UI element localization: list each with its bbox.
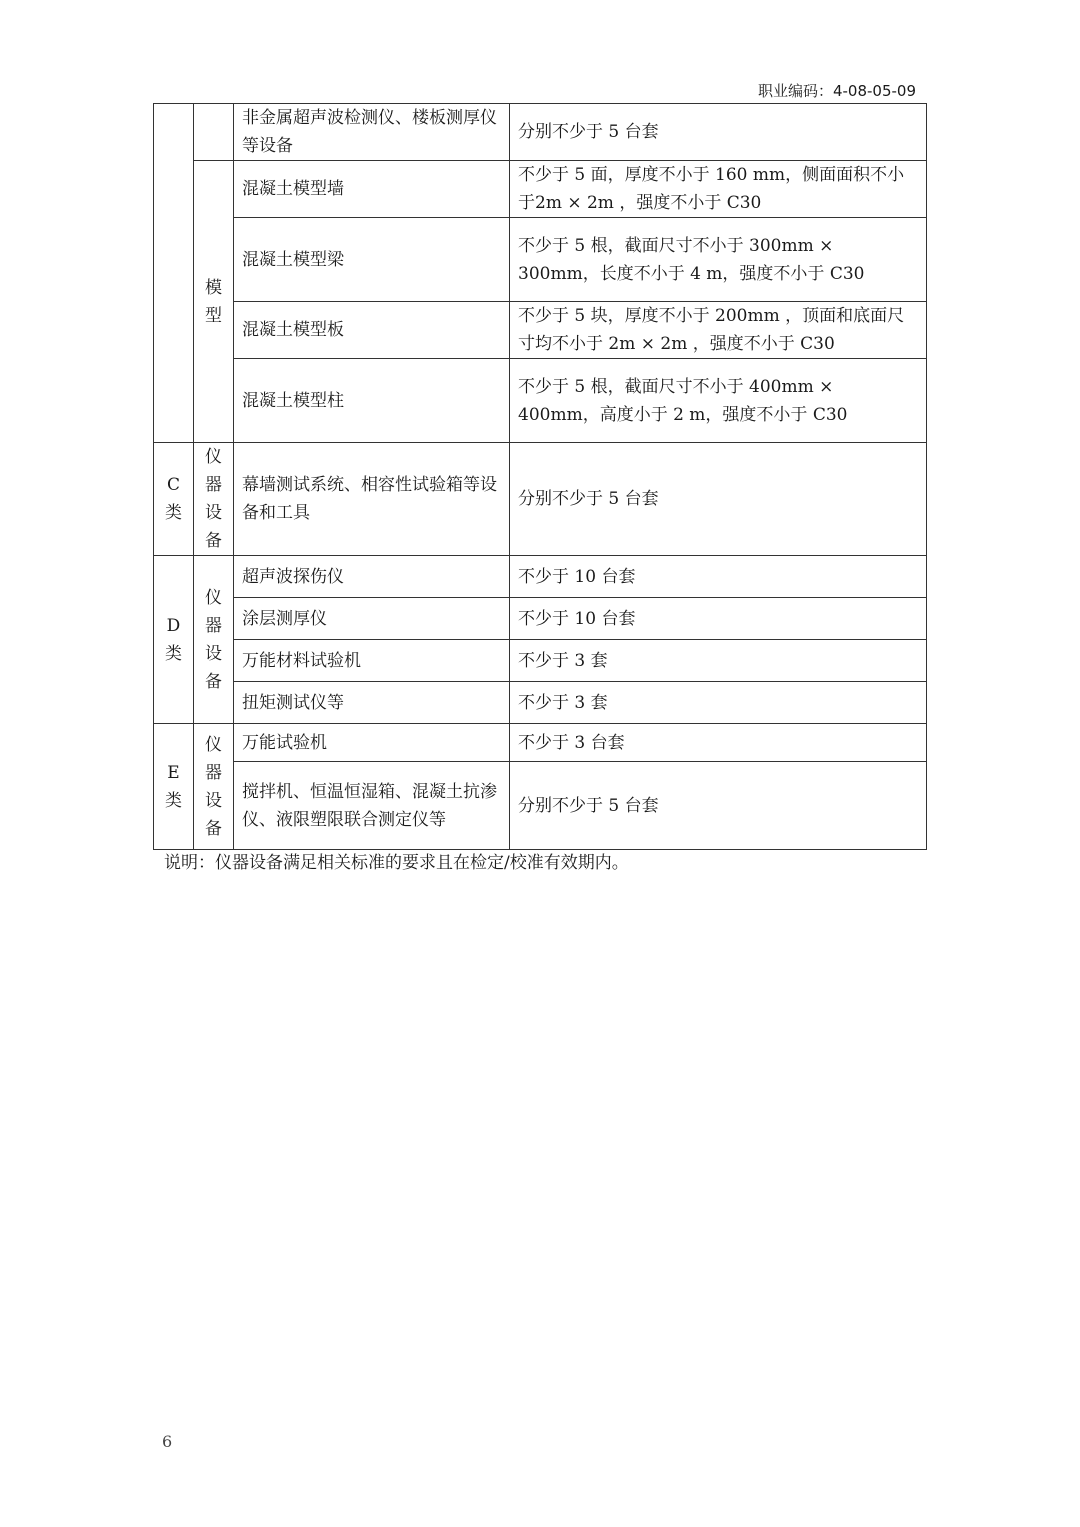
- table-note: 说明：仪器设备满足相关标准的要求且在检定/校准有效期内。: [164, 848, 629, 873]
- table-row: 扭矩测试仪等 不少于 3 套: [154, 682, 927, 724]
- table-row: C类 仪器设备 幕墙测试系统、相容性试验箱等设备和工具 分别不少于 5 台套: [154, 443, 927, 556]
- item-cell: 混凝土模型墙: [234, 161, 510, 218]
- requirement-cell: 分别不少于 5 台套: [510, 762, 927, 850]
- requirement-cell: 不少于 5 块，厚度不小于 200mm ，顶面和底面尺寸均不小于 2m × 2m…: [510, 302, 927, 359]
- subcategory-label: 仪器设备: [205, 584, 222, 696]
- item-cell: 搅拌机、恒温恒湿箱、混凝土抗渗仪、液限塑限联合测定仪等: [234, 762, 510, 850]
- subcategory-cell: [194, 104, 234, 161]
- subcategory-cell: 仪器设备: [194, 556, 234, 724]
- requirement-cell: 分别不少于 5 台套: [510, 104, 927, 161]
- item-cell: 混凝土模型板: [234, 302, 510, 359]
- subcategory-cell: 仪器设备: [194, 443, 234, 556]
- requirement-cell: 分别不少于 5 台套: [510, 443, 927, 556]
- requirement-cell: 不少于 10 台套: [510, 556, 927, 598]
- table-row: 涂层测厚仪 不少于 10 台套: [154, 598, 927, 640]
- table-row: 模型 混凝土模型墙 不少于 5 面，厚度不小于 160 mm，侧面面积不小于2m…: [154, 161, 927, 218]
- table-row: 混凝土模型梁 不少于 5 根，截面尺寸不小于 300mm × 300mm，长度不…: [154, 218, 927, 302]
- requirement-cell: 不少于 3 套: [510, 682, 927, 724]
- category-cell: C类: [154, 443, 194, 556]
- item-cell: 超声波探伤仪: [234, 556, 510, 598]
- table-row: 混凝土模型柱 不少于 5 根，截面尺寸不小于 400mm × 400mm，高度小…: [154, 359, 927, 443]
- category-cell: D类: [154, 556, 194, 724]
- item-cell: 涂层测厚仪: [234, 598, 510, 640]
- subcategory-label: 仪器设备: [205, 731, 222, 843]
- table-row: 混凝土模型板 不少于 5 块，厚度不小于 200mm ，顶面和底面尺寸均不小于 …: [154, 302, 927, 359]
- table-row: E类 仪器设备 万能试验机 不少于 3 台套: [154, 724, 927, 762]
- requirement-cell: 不少于 5 根，截面尺寸不小于 300mm × 300mm，长度不小于 4 m，…: [510, 218, 927, 302]
- subcategory-cell: 模型: [194, 161, 234, 443]
- equipment-requirements-table: 非金属超声波检测仪、楼板测厚仪等设备 分别不少于 5 台套 模型 混凝土模型墙 …: [153, 103, 927, 850]
- page-number: 6: [162, 1432, 172, 1451]
- requirement-cell: 不少于 3 套: [510, 640, 927, 682]
- subcategory-cell: 仪器设备: [194, 724, 234, 850]
- item-cell: 混凝土模型柱: [234, 359, 510, 443]
- category-label: E类: [165, 759, 182, 815]
- occupation-code: 职业编码：4-08-05-09: [758, 80, 916, 101]
- item-cell: 幕墙测试系统、相容性试验箱等设备和工具: [234, 443, 510, 556]
- table-row: 非金属超声波检测仪、楼板测厚仪等设备 分别不少于 5 台套: [154, 104, 927, 161]
- subcategory-label: 仪器设备: [205, 443, 222, 555]
- table-row: D类 仪器设备 超声波探伤仪 不少于 10 台套: [154, 556, 927, 598]
- item-cell: 万能试验机: [234, 724, 510, 762]
- category-cell: E类: [154, 724, 194, 850]
- item-cell: 混凝土模型梁: [234, 218, 510, 302]
- table-row: 搅拌机、恒温恒湿箱、混凝土抗渗仪、液限塑限联合测定仪等 分别不少于 5 台套: [154, 762, 927, 850]
- requirement-cell: 不少于 10 台套: [510, 598, 927, 640]
- requirement-cell: 不少于 5 面，厚度不小于 160 mm，侧面面积不小于2m × 2m ，强度不…: [510, 161, 927, 218]
- item-cell: 扭矩测试仪等: [234, 682, 510, 724]
- requirement-cell: 不少于 5 根，截面尺寸不小于 400mm × 400mm，高度小于 2 m，强…: [510, 359, 927, 443]
- table-row: 万能材料试验机 不少于 3 套: [154, 640, 927, 682]
- subcategory-label: 模型: [205, 274, 222, 330]
- category-label: C类: [165, 471, 182, 527]
- item-cell: 万能材料试验机: [234, 640, 510, 682]
- requirement-cell: 不少于 3 台套: [510, 724, 927, 762]
- category-label: D类: [165, 612, 182, 668]
- category-cell: [154, 104, 194, 443]
- item-cell: 非金属超声波检测仪、楼板测厚仪等设备: [234, 104, 510, 161]
